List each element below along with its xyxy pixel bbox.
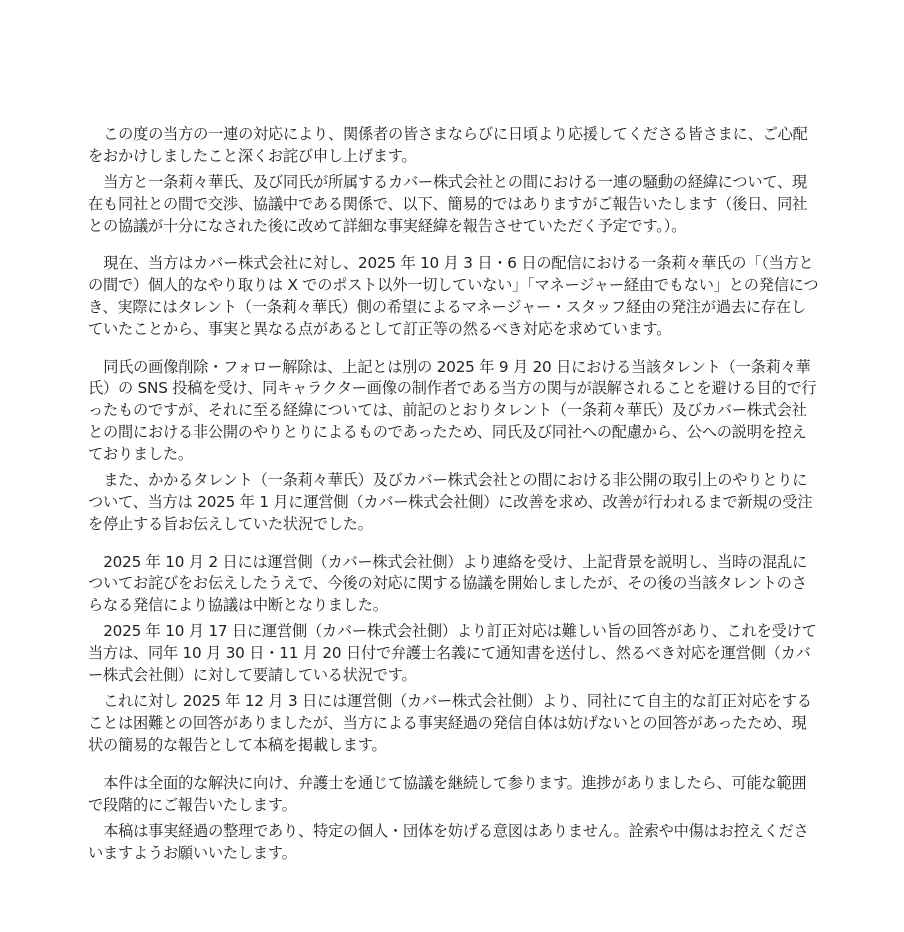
section-closing: 本件は全面的な解決に向け、弁護士を通じて協議を継続して参ります。進捗がありました… (88, 773, 820, 865)
paragraph-apology: この度の当方の一連の対応により、関係者の皆さまならびに日頃より応援してくださる皆… (88, 124, 820, 168)
paragraph-oct-17: 2025 年 10 月 17 日に運営側（カバー株式会社側）より訂正対応は難しい… (88, 621, 820, 686)
paragraph-order-suspension: また、かかるタレント（一条莉々華氏）及びカバー株式会社との間における非公開の取引… (88, 470, 820, 535)
paragraph-image-removal: 同氏の画像削除・フォロー解除は、上記とは別の 2025 年 9 月 20 日にお… (88, 357, 820, 466)
section-current-request: 現在、当方はカバー株式会社に対し、2025 年 10 月 3 日・6 日の配信に… (88, 253, 820, 340)
paragraph-oct-2: 2025 年 10 月 2 日には運営側（カバー株式会社側）より連絡を受け、上記… (88, 552, 820, 617)
section-timeline: 2025 年 10 月 2 日には運営側（カバー株式会社側）より連絡を受け、上記… (88, 552, 820, 757)
paragraph-next-steps: 本件は全面的な解決に向け、弁護士を通じて協議を継続して参ります。進捗がありました… (88, 773, 820, 817)
statement-document: この度の当方の一連の対応により、関係者の皆さまならびに日頃より応援してくださる皆… (88, 124, 820, 880)
paragraph-dec-3: これに対し 2025 年 12 月 3 日には運営側（カバー株式会社側）より、同… (88, 691, 820, 756)
paragraph-correction-request: 現在、当方はカバー株式会社に対し、2025 年 10 月 3 日・6 日の配信に… (88, 253, 820, 340)
section-apology: この度の当方の一連の対応により、関係者の皆さまならびに日頃より応援してくださる皆… (88, 124, 820, 237)
section-image-removal: 同氏の画像削除・フォロー解除は、上記とは別の 2025 年 9 月 20 日にお… (88, 357, 820, 536)
paragraph-disclaimer: 本稿は事実経過の整理であり、特定の個人・団体を妨げる意図はありません。詮索や中傷… (88, 821, 820, 865)
paragraph-background: 当方と一条莉々華氏、及び同氏が所属するカバー株式会社との間における一連の騒動の経… (88, 172, 820, 237)
